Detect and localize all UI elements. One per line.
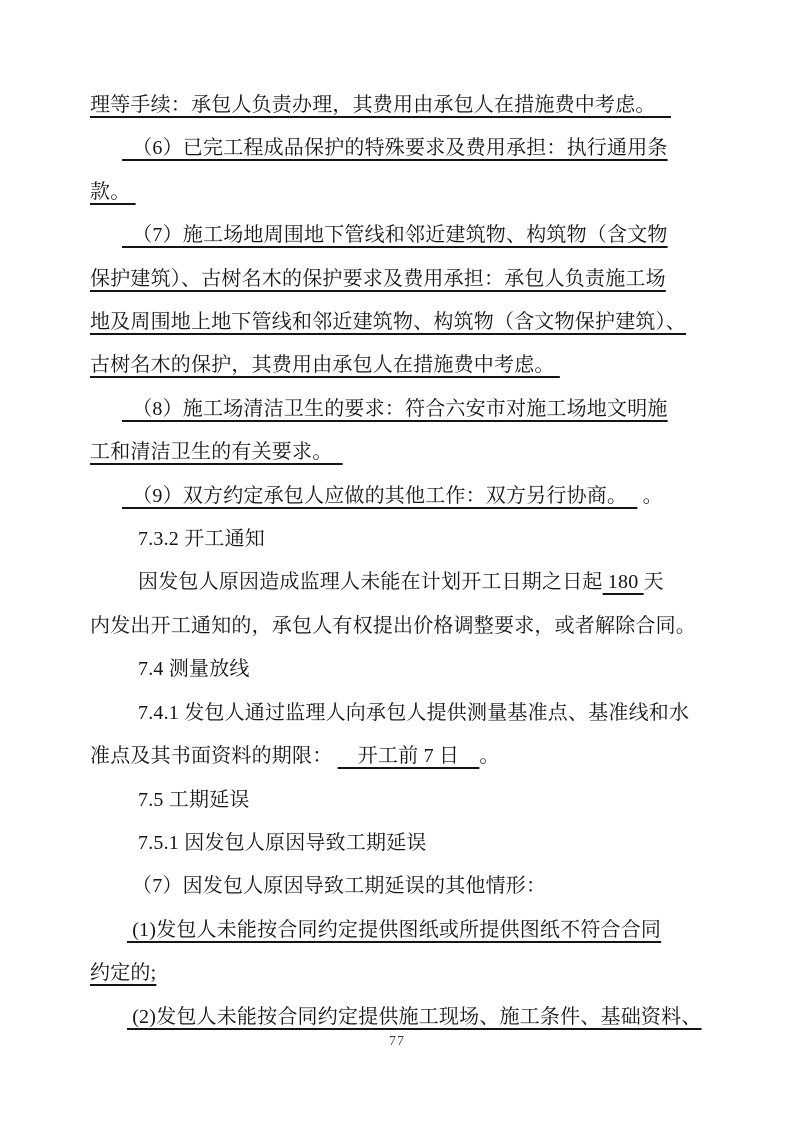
page-number: 77 bbox=[0, 1034, 794, 1050]
underlined-text-segment: （9）双方约定承包人应做的其他工作：双方另行协商。 bbox=[122, 485, 637, 507]
text-line: 7.4.1 发包人通过监理人向承包人提供测量基准点、基准线和水 bbox=[90, 692, 710, 735]
text-segment: 天 bbox=[644, 571, 664, 593]
text-line: （7）因发包人原因导致工期延误的其他情形： bbox=[90, 865, 710, 908]
underlined-text-segment: （8）施工场清洁卫生的要求：符合六安市对施工场地文明施 bbox=[122, 398, 668, 420]
text-segment: 7.4 测量放线 bbox=[138, 658, 250, 680]
text-line: 地及周围地上地下管线和邻近建筑物、构筑物（含文物保护建筑）、 bbox=[90, 301, 710, 344]
document-page: 理等手续：承包人负责办理，其费用由承包人在措施费中考虑。 （6）已完工程成品保护… bbox=[0, 0, 794, 1122]
underlined-text-segment: (1)发包人未能按合同约定提供图纸或所提供图纸不符合合同 bbox=[127, 919, 661, 941]
underlined-text-segment: （6）已完工程成品保护的特殊要求及费用承担：执行通用条 bbox=[122, 137, 668, 159]
text-line: 理等手续：承包人负责办理，其费用由承包人在措施费中考虑。 bbox=[90, 84, 710, 127]
text-segment: 7.3.2 开工通知 bbox=[138, 528, 265, 550]
underlined-text-segment: 180 bbox=[603, 571, 644, 593]
text-segment: 内发出开工通知的，承包人有权提出价格调整要求，或者解除合同。 bbox=[90, 615, 696, 637]
text-segment: 准点及其书面资料的期限： bbox=[90, 745, 338, 767]
text-line: （7）施工场地周围地下管线和邻近建筑物、构筑物（含文物 bbox=[90, 214, 710, 257]
text-segment: 7.5.1 因发包人原因导致工期延误 bbox=[138, 832, 427, 854]
text-line: （9）双方约定承包人应做的其他工作：双方另行协商。 。 bbox=[90, 475, 710, 518]
text-line: (2)发包人未能按合同约定提供施工现场、施工条件、基础资料、 bbox=[90, 996, 710, 1039]
underlined-text-segment: 理等手续：承包人负责办理，其费用由承包人在措施费中考虑。 bbox=[90, 94, 671, 116]
text-line: 7.5.1 因发包人原因导致工期延误 bbox=[90, 822, 710, 865]
text-line: 工和清洁卫生的有关要求。 bbox=[90, 431, 710, 474]
text-line: 因发包人原因造成监理人未能在计划开工日期之日起 180 天 bbox=[90, 561, 710, 604]
underlined-text-segment: 保护建筑）、古树名木的保护要求及费用承担：承包人负责施工场 bbox=[90, 268, 666, 290]
underlined-text-segment: 款。 bbox=[90, 181, 136, 203]
text-line: (1)发包人未能按合同约定提供图纸或所提供图纸不符合合同 bbox=[90, 909, 710, 952]
text-line: 7.5 工期延误 bbox=[90, 779, 710, 822]
text-segment: 。 bbox=[479, 745, 499, 767]
text-segment: 因发包人原因造成监理人未能在计划开工日期之日起 bbox=[138, 571, 603, 593]
text-line: 保护建筑）、古树名木的保护要求及费用承担：承包人负责施工场 bbox=[90, 258, 710, 301]
text-segment: 。 bbox=[637, 485, 662, 507]
text-line: 内发出开工通知的，承包人有权提出价格调整要求，或者解除合同。 bbox=[90, 605, 710, 648]
text-line: 7.3.2 开工通知 bbox=[90, 518, 710, 561]
text-line: 古树名木的保护，其费用由承包人在措施费中考虑。 bbox=[90, 344, 710, 387]
underlined-text-segment: （7）施工场地周围地下管线和邻近建筑物、构筑物（含文物 bbox=[122, 224, 668, 246]
text-line: 7.4 测量放线 bbox=[90, 648, 710, 691]
underlined-text-segment: (2)发包人未能按合同约定提供施工现场、施工条件、基础资料、 bbox=[127, 1006, 702, 1028]
text-line: （6）已完工程成品保护的特殊要求及费用承担：执行通用条 bbox=[90, 127, 710, 170]
text-line: 准点及其书面资料的期限： 开工前 7 日 。 bbox=[90, 735, 710, 778]
text-line: 约定的; bbox=[90, 952, 710, 995]
text-line: （8）施工场清洁卫生的要求：符合六安市对施工场地文明施 bbox=[90, 388, 710, 431]
text-segment: 7.4.1 发包人通过监理人向承包人提供测量基准点、基准线和水 bbox=[138, 702, 689, 724]
underlined-text-segment: 开工前 7 日 bbox=[338, 745, 480, 767]
text-segment: （7）因发包人原因导致工期延误的其他情形： bbox=[132, 875, 546, 897]
underlined-text-segment: 古树名木的保护，其费用由承包人在措施费中考虑。 bbox=[90, 354, 560, 376]
underlined-text-segment: 约定的; bbox=[90, 962, 156, 984]
text-segment: 7.5 工期延误 bbox=[138, 789, 250, 811]
document-body: 理等手续：承包人负责办理，其费用由承包人在措施费中考虑。 （6）已完工程成品保护… bbox=[90, 84, 710, 1039]
underlined-text-segment: 工和清洁卫生的有关要求。 bbox=[90, 441, 343, 463]
text-line: 款。 bbox=[90, 171, 710, 214]
underlined-text-segment: 地及周围地上地下管线和邻近建筑物、构筑物（含文物保护建筑）、 bbox=[90, 311, 686, 333]
